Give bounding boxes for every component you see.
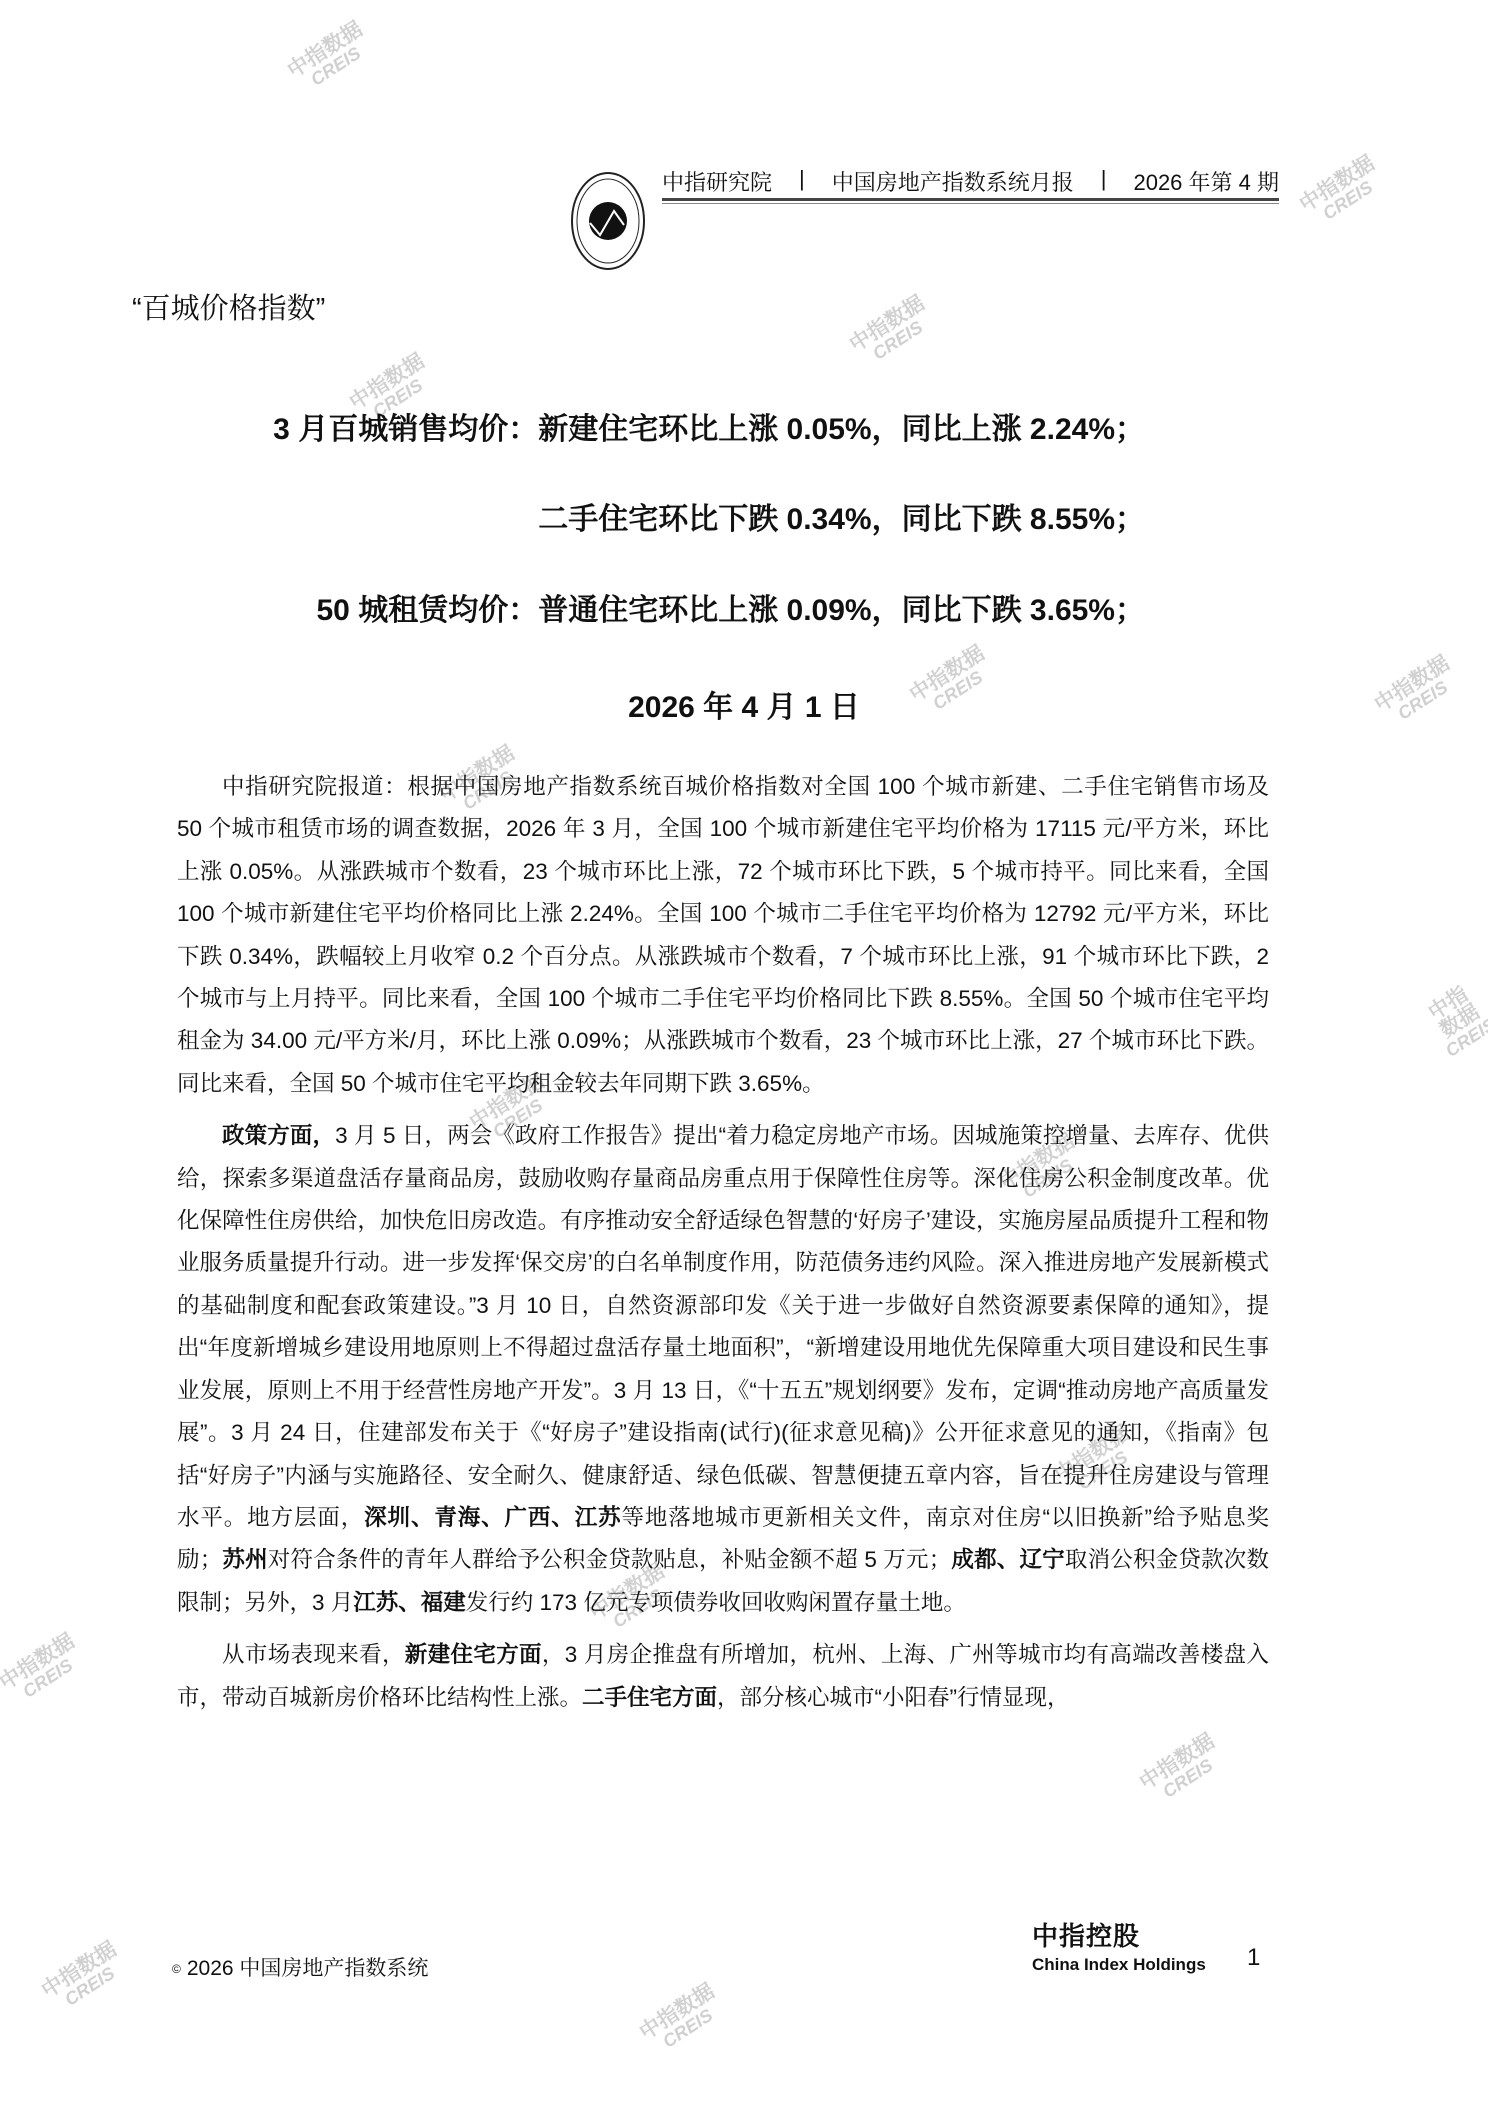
market-text: ，部分核心城市“小阳春”行情显现， xyxy=(717,1685,1070,1710)
watermark: 中指数据CREIS xyxy=(1418,979,1488,1061)
market-bold-new: 新建住宅方面 xyxy=(405,1642,542,1667)
header-rule-thin xyxy=(662,203,1279,204)
policy-text: 对符合条件的青年人群给予公积金贷款贴息，补贴金额不超 5 万元； xyxy=(268,1547,951,1572)
watermark: 中指数据CREIS xyxy=(38,1938,130,2016)
paragraph-policy: 政策方面，3 月 5 日，两会《政府工作报告》提出“着力稳定房地产市场。因城施策… xyxy=(177,1115,1269,1624)
watermark: 中指数据CREIS xyxy=(0,1630,88,1708)
header-separator: | xyxy=(1095,166,1113,197)
headline-sales-new: 3 月百城销售均价：新建住宅环比上涨 0.05%，同比上涨 2.24%； xyxy=(273,404,1145,448)
policy-bold-regions: 成都、辽宁 xyxy=(951,1547,1065,1572)
watermark: 中指数据CREIS xyxy=(1296,152,1388,230)
watermark: 中指数据CREIS xyxy=(284,18,376,96)
header-separator: | xyxy=(793,166,811,197)
policy-bold-city: 苏州 xyxy=(222,1547,268,1572)
headline-sales-resale: 二手住宅环比下跌 0.34%，同比下跌 8.55%； xyxy=(538,494,1145,538)
policy-bold-regions: 江苏、福建 xyxy=(353,1590,466,1615)
institute-logo xyxy=(570,171,646,271)
report-body: 中指研究院报道：根据中国房地产指数系统百城价格指数对全国 100 个城市新建、二… xyxy=(177,766,1269,1729)
footer-copyright: ©2026 中国房地产指数系统 xyxy=(172,1952,428,1982)
watermark: 中指数据CREIS xyxy=(846,292,938,370)
policy-bold-regions: 深圳、青海、广西、江苏 xyxy=(364,1505,621,1530)
policy-text: 发行约 173 亿元专项债券收回收购闲置存量土地。 xyxy=(466,1590,966,1615)
section-label: “百城价格指数” xyxy=(132,286,325,327)
brand-name-cn: 中指控股 xyxy=(1032,1916,1206,1953)
page-number: 1 xyxy=(1247,1944,1260,1972)
paragraph-summary: 中指研究院报道：根据中国房地产指数系统百城价格指数对全国 100 个城市新建、二… xyxy=(177,766,1269,1105)
market-bold-resale: 二手住宅方面 xyxy=(582,1685,717,1710)
policy-lead: 政策方面， xyxy=(222,1123,335,1148)
report-header: 中指研究院 | 中国房地产指数系统月报 | 2026 年第 4 期 xyxy=(662,166,1279,197)
report-date: 2026 年 4 月 1 日 xyxy=(0,682,1488,726)
footer-brand: 中指控股 China Index Holdings xyxy=(1032,1916,1206,1975)
headline-rental: 50 城租赁均价：普通住宅环比上涨 0.09%，同比下跌 3.65%； xyxy=(316,585,1145,629)
header-issue: 2026 年第 4 期 xyxy=(1133,166,1279,197)
header-report-name: 中国房地产指数系统月报 xyxy=(832,166,1074,197)
header-org: 中指研究院 xyxy=(662,166,772,197)
watermark: 中指数据CREIS xyxy=(636,1980,728,2058)
paragraph-market: 从市场表现来看，新建住宅方面，3 月房企推盘有所增加，杭州、上海、广州等城市均有… xyxy=(177,1634,1269,1719)
market-text: 从市场表现来看， xyxy=(222,1642,405,1667)
policy-text: 3 月 5 日，两会《政府工作报告》提出“着力稳定房地产市场。因城施策控增量、去… xyxy=(177,1123,1269,1530)
watermark: 中指数据CREIS xyxy=(1136,1730,1228,1808)
brand-name-en: China Index Holdings xyxy=(1032,1955,1206,1975)
copyright-text: 2026 中国房地产指数系统 xyxy=(187,1957,429,1980)
header-rule xyxy=(662,198,1279,201)
copyright-icon: © xyxy=(172,1962,181,1976)
